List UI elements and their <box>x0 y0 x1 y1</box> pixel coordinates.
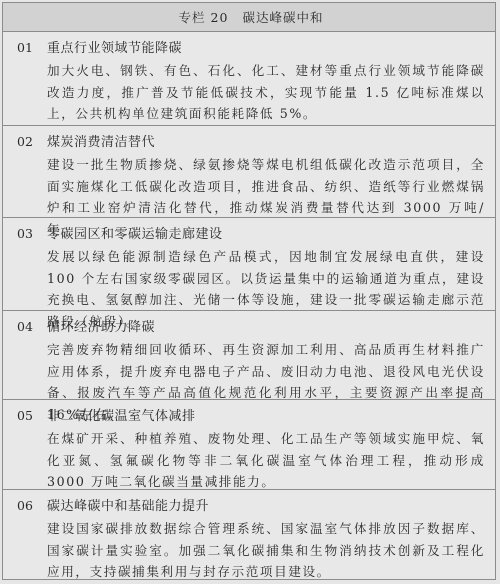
item-number: 05 <box>17 405 47 427</box>
item-body: 加大火电、钢铁、有色、石化、化工、建材等重点行业领域节能降碳改造力度，推广普及节… <box>47 60 485 125</box>
item-body: 在煤矿开采、种植养殖、废物处理、化工品生产等领域实施甲烷、氧化亚氮、氢氟碳化物等… <box>47 428 485 493</box>
item-number: 02 <box>17 131 47 153</box>
item-number: 04 <box>17 316 47 338</box>
column-label: 专栏 20 <box>179 8 229 26</box>
item-number: 01 <box>17 37 47 59</box>
item-title: 零碳园区和零碳运输走廊建设 <box>47 224 223 246</box>
item-row: 06 碳达峰碳中和基础能力提升 建设国家碳排放数据综合管理系统、国家温室气体排放… <box>3 490 495 580</box>
item-title: 重点行业领域节能降碳 <box>47 38 182 60</box>
item-row: 03 零碳园区和零碳运输走廊建设 发展以绿色能源制造绿色产品模式，因地制宜发展绿… <box>3 218 495 311</box>
column-box: 专栏 20 碳达峰碳中和 01 重点行业领域节能降碳 加大火电、钢铁、有色、石化… <box>2 2 496 580</box>
item-number: 03 <box>17 223 47 245</box>
item-title: 非二氧化碳温室气体减排 <box>47 406 196 428</box>
item-title: 煤炭消费清洁替代 <box>47 132 155 154</box>
column-header: 专栏 20 碳达峰碳中和 <box>3 3 495 32</box>
item-title: 循环经济助力降碳 <box>47 317 155 339</box>
item-row: 01 重点行业领域节能降碳 加大火电、钢铁、有色、石化、化工、建材等重点行业领域… <box>3 32 495 126</box>
item-row: 04 循环经济助力降碳 完善废弃物精细回收循环、再生资源加工利用、高品质再生材料… <box>3 311 495 400</box>
item-title: 碳达峰碳中和基础能力提升 <box>47 496 209 518</box>
item-number: 06 <box>17 495 47 517</box>
item-body: 建设国家碳排放数据综合管理系统、国家温室气体排放因子数据库、国家碳计量实验室。加… <box>47 518 485 583</box>
item-row: 05 非二氧化碳温室气体减排 在煤矿开采、种植养殖、废物处理、化工品生产等领域实… <box>3 400 495 490</box>
item-row: 02 煤炭消费清洁替代 建设一批生物质掺烧、绿氨掺烧等煤电机组低碳化改造示范项目… <box>3 126 495 218</box>
column-title: 碳达峰碳中和 <box>242 8 323 26</box>
